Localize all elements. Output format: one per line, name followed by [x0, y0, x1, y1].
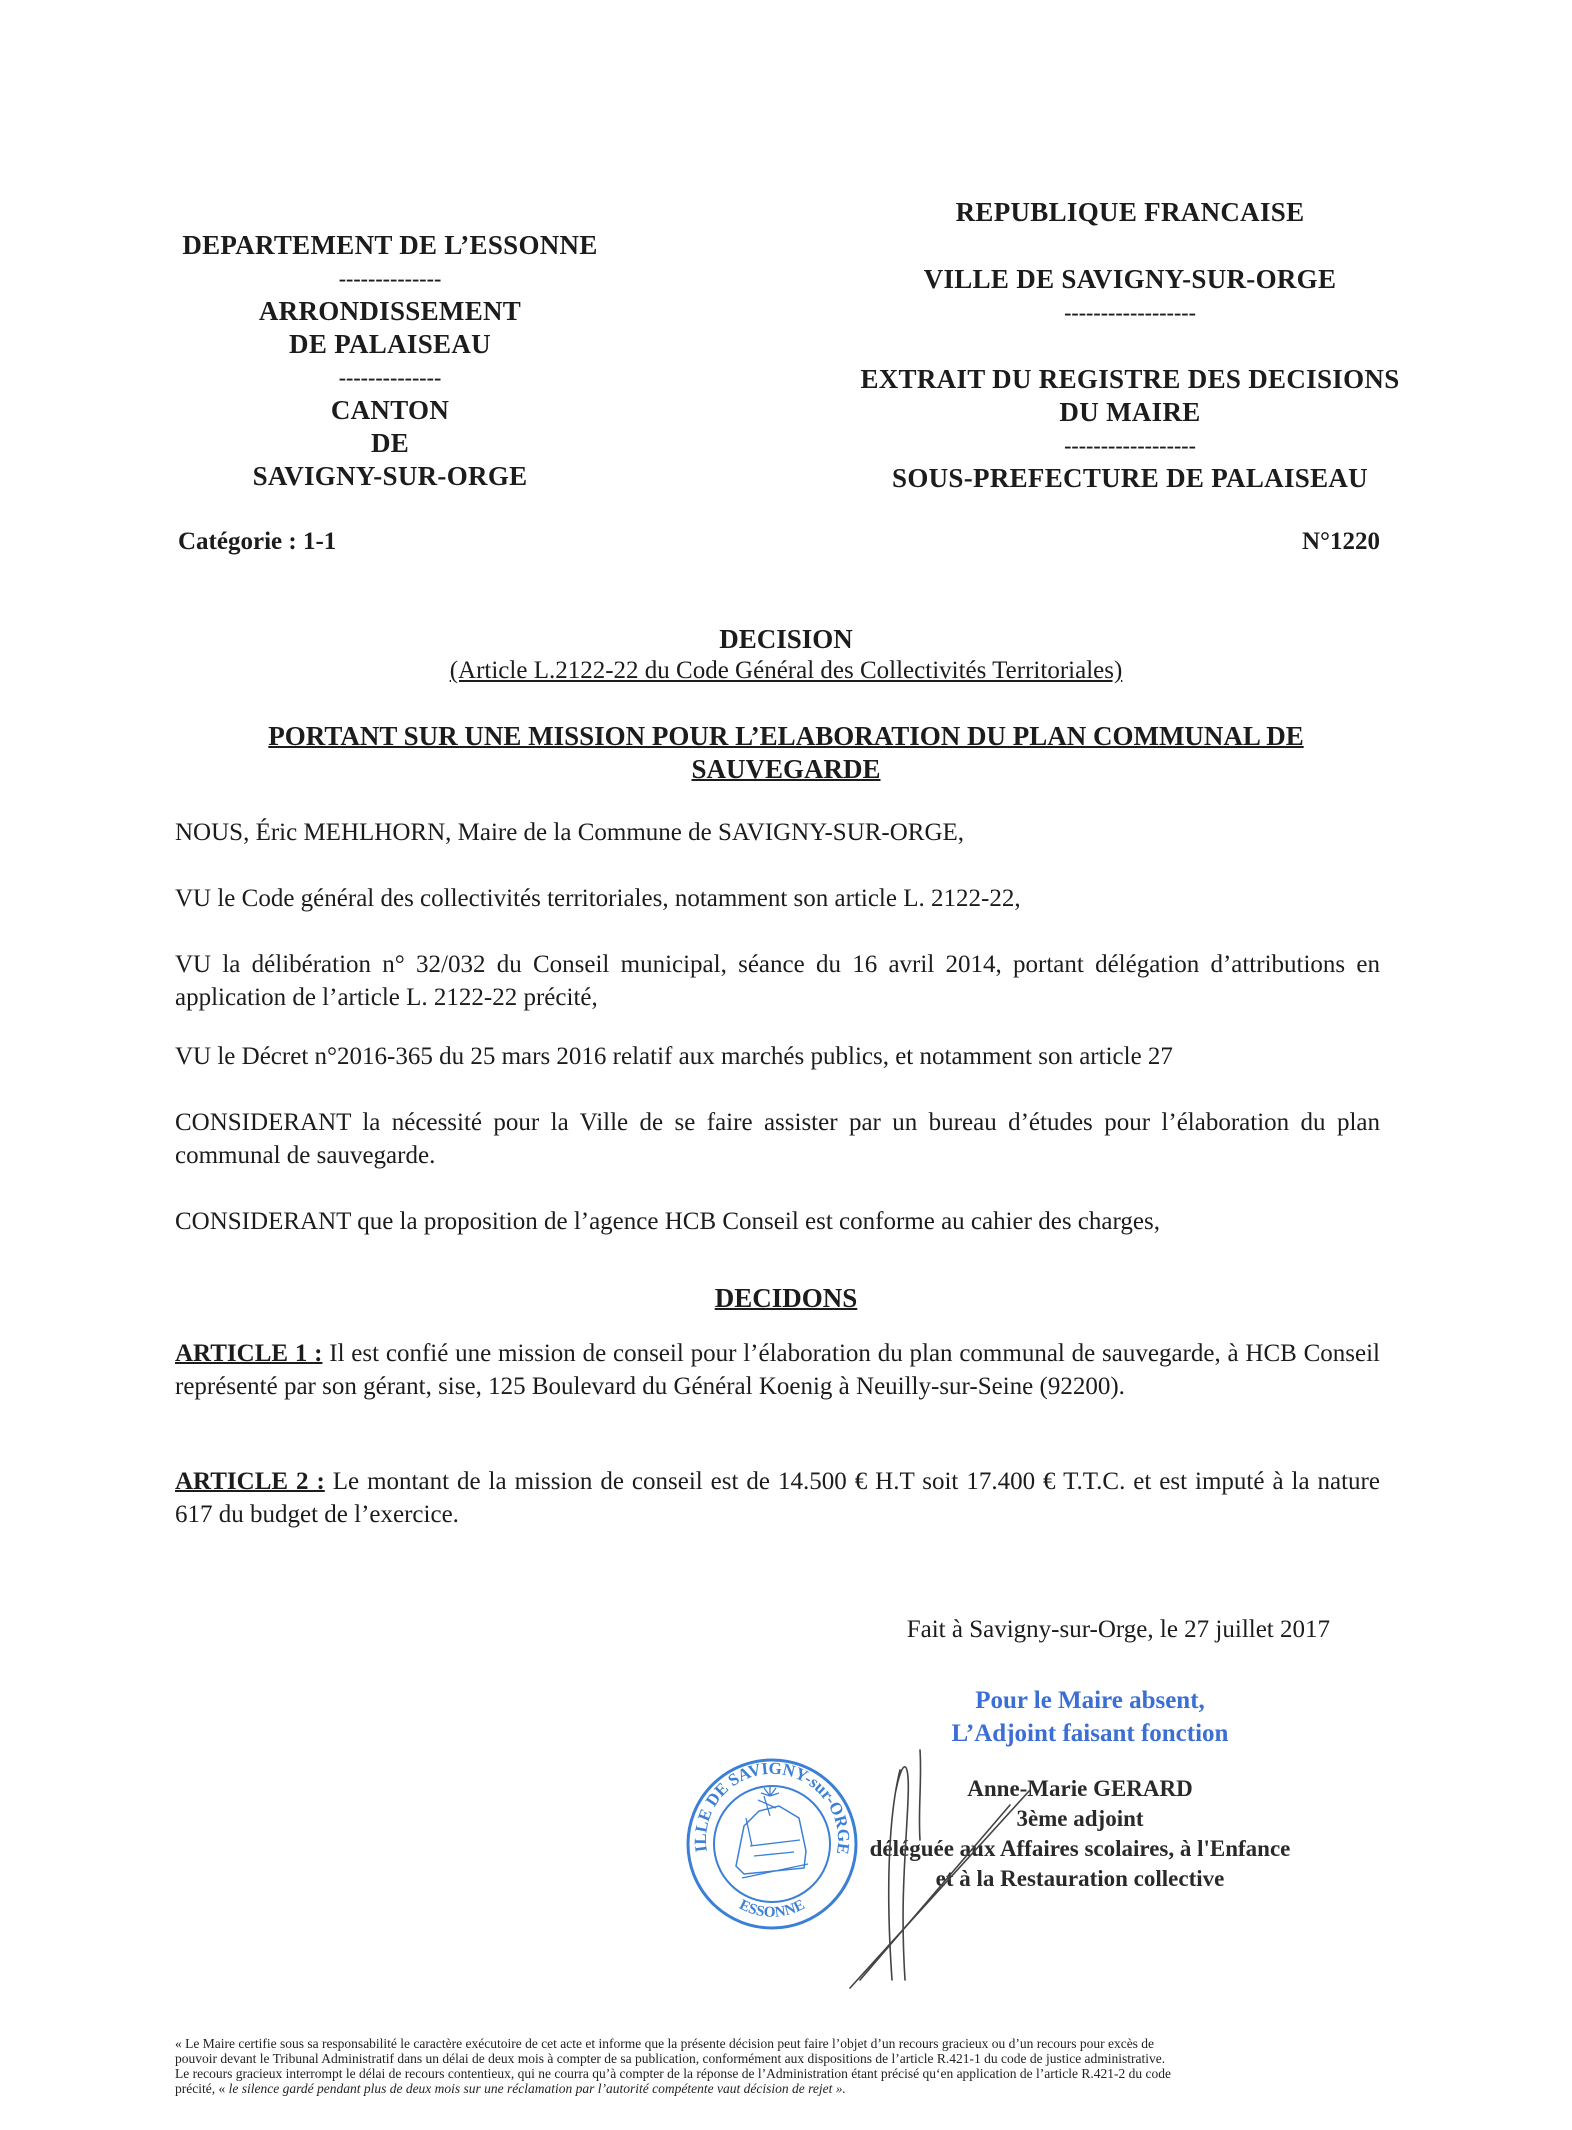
article-2-label: ARTICLE 2 : — [175, 1468, 325, 1495]
preamble-nous: NOUS, Éric MEHLHORN, Maire de la Commune… — [175, 816, 1380, 849]
separator: ------------------ — [830, 429, 1430, 462]
decision-object-line-2: SAUVEGARDE — [691, 754, 880, 784]
registry-label-2: DU MAIRE — [830, 396, 1430, 429]
footer-line-4: précité, « le silence gardé pendant plus… — [175, 2081, 1395, 2096]
article-1-label: ARTICLE 1 : — [175, 1340, 322, 1367]
article-2-text: Le montant de la mission de conseil est … — [175, 1468, 1380, 1528]
handwritten-signature-icon — [830, 1730, 1130, 1990]
separator: -------------- — [140, 262, 640, 295]
legal-footer: « Le Maire certifie sous sa responsabili… — [175, 2036, 1395, 2096]
right-header: REPUBLIQUE FRANCAISE VILLE DE SAVIGNY-SU… — [830, 196, 1430, 495]
department-label: DEPARTEMENT DE L’ESSONNE — [140, 229, 640, 262]
article-1: ARTICLE 1 : Il est confié une mission de… — [175, 1337, 1380, 1403]
left-header: DEPARTEMENT DE L’ESSONNE -------------- … — [140, 229, 640, 493]
svg-text:ESSONNE: ESSONNE — [737, 1897, 808, 1921]
footer-line-1: « Le Maire certifie sous sa responsabili… — [175, 2036, 1395, 2051]
republic-label: REPUBLIQUE FRANCAISE — [830, 196, 1430, 229]
footer-line-3: Le recours gracieux interrompt le délai … — [175, 2066, 1395, 2081]
decision-number: N°1220 — [1180, 528, 1380, 556]
decidons-text: DECIDONS — [715, 1283, 858, 1313]
delegation-stamp-line-1: Pour le Maire absent, — [880, 1684, 1300, 1717]
category-label: Catégorie : 1-1 — [178, 528, 336, 556]
separator: -------------- — [140, 361, 640, 394]
decision-subtitle-text: (Article L.2122-22 du Code Général des C… — [450, 657, 1123, 684]
arrondissement-label-2: DE PALAISEAU — [140, 328, 640, 361]
canton-label-3: SAVIGNY-SUR-ORGE — [140, 460, 640, 493]
separator: ------------------ — [830, 296, 1430, 329]
footer-line-4-italic: le silence gardé pendant plus de deux mo… — [229, 2081, 846, 2096]
decidons-heading: DECIDONS — [0, 1283, 1572, 1314]
preamble-vu-1: VU le Code général des collectivités ter… — [175, 882, 1380, 915]
arrondissement-label-1: ARRONDISSEMENT — [140, 295, 640, 328]
considerant-2: CONSIDERANT que la proposition de l’agen… — [175, 1205, 1380, 1238]
canton-label-2: DE — [140, 427, 640, 460]
city-label: VILLE DE SAVIGNY-SUR-ORGE — [830, 263, 1430, 296]
preamble-vu-3: VU le Décret n°2016-365 du 25 mars 2016 … — [175, 1040, 1380, 1073]
preamble-vu-2: VU la délibération n° 32/032 du Conseil … — [175, 948, 1380, 1014]
article-1-text: Il est confié une mission de conseil pou… — [175, 1340, 1380, 1400]
canton-label-1: CANTON — [140, 394, 640, 427]
footer-line-4-prefix: précité, « — [175, 2081, 229, 2096]
decision-subtitle: (Article L.2122-22 du Code Général des C… — [0, 657, 1572, 685]
footer-line-2: pouvoir devant le Tribunal Administratif… — [175, 2051, 1395, 2066]
decision-object-line-1: PORTANT SUR UNE MISSION POUR L’ELABORATI… — [268, 721, 1303, 751]
registry-label-1: EXTRAIT DU REGISTRE DES DECISIONS — [830, 363, 1430, 396]
decision-title: DECISION — [0, 624, 1572, 655]
decision-object: PORTANT SUR UNE MISSION POUR L’ELABORATI… — [200, 720, 1372, 786]
article-2: ARTICLE 2 : Le montant de la mission de … — [175, 1465, 1380, 1531]
place-and-date: Fait à Savigny-sur-Orge, le 27 juillet 2… — [820, 1616, 1330, 1644]
sub-prefecture-label: SOUS-PREFECTURE DE PALAISEAU — [830, 462, 1430, 495]
considerant-1: CONSIDERANT la nécessité pour la Ville d… — [175, 1106, 1380, 1172]
